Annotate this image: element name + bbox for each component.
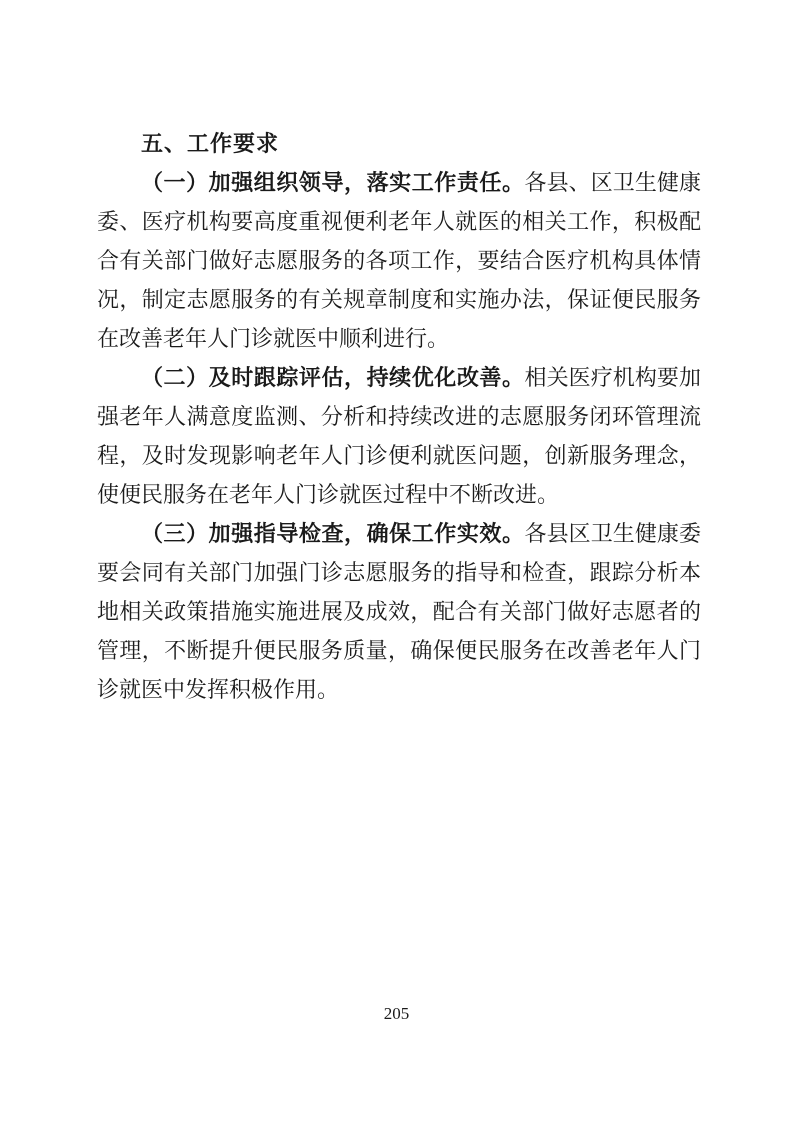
paragraph-1: （一）加强组织领导，落实工作责任。各县、区卫生健康委、医疗机构要高度重视便利老年… xyxy=(97,163,701,358)
document-body: 五、工作要求 （一）加强组织领导，落实工作责任。各县、区卫生健康委、医疗机构要高… xyxy=(97,124,701,709)
paragraph-2: （二）及时跟踪评估，持续优化改善。相关医疗机构要加强老年人满意度监测、分析和持续… xyxy=(97,358,701,514)
paragraph-3: （三）加强指导检查，确保工作实效。各县区卫生健康委要会同有关部门加强门诊志愿服务… xyxy=(97,514,701,709)
section-heading: 五、工作要求 xyxy=(97,124,701,163)
page-number: 205 xyxy=(0,1003,793,1025)
paragraph-3-body: 各县区卫生健康委要会同有关部门加强门诊志愿服务的指导和检查，跟踪分析本地相关政策… xyxy=(97,521,701,702)
paragraph-2-lead: （二）及时跟踪评估，持续优化改善。 xyxy=(141,365,525,390)
paragraph-3-lead: （三）加强指导检查，确保工作实效。 xyxy=(141,521,525,546)
paragraph-1-body: 各县、区卫生健康委、医疗机构要高度重视便利老年人就医的相关工作，积极配合有关部门… xyxy=(97,170,701,351)
paragraph-1-lead: （一）加强组织领导，落实工作责任。 xyxy=(141,170,525,195)
document-page: 五、工作要求 （一）加强组织领导，落实工作责任。各县、区卫生健康委、医疗机构要高… xyxy=(0,0,793,1122)
